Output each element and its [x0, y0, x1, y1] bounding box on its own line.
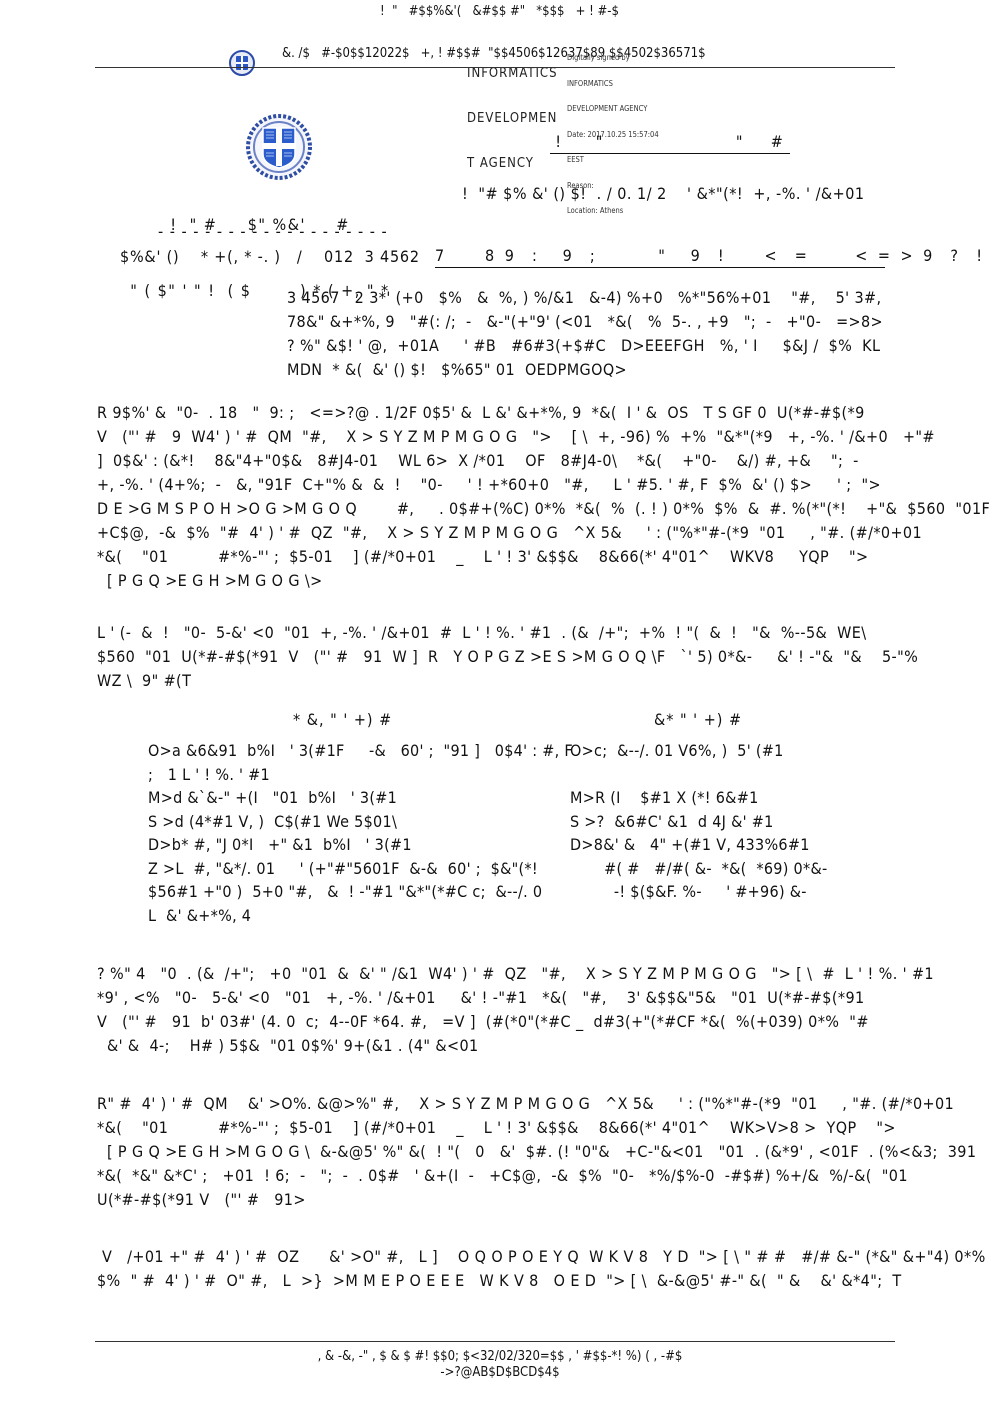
left-column-list: O>a &6&91 b%I ' 3(#1F -& 60' ; "91 ] 0$4… [148, 739, 573, 927]
list-item: M>d &`&-" +(I "01 b%I ' 3(#1 [148, 786, 573, 810]
subject-paragraph: 3 4567 2 3*' (+0 $% & %, ) %/&1 &-4) %+0… [287, 286, 883, 382]
left-column-heading: * &, " ' +) # [293, 710, 392, 729]
signer-agency: INFORMATICS DEVELOPMEN T AGENCY [467, 36, 558, 186]
right-column-list: O>c; &--/. 01 V6%, ) 5' (#1 M>R (I $#1 X… [570, 739, 828, 904]
header-line-1: ! " #$$%&'( &#$$ #" *$$$ + ! #-$ [380, 4, 619, 19]
list-item: -! $($&F. %- ' #+96) &- [570, 880, 828, 904]
list-item: S >d (4*#1 V, ) C$(#1 We 5$01\ [148, 810, 573, 834]
list-item: Z >L #, "&*/. 01 ' (+"#"5601F &-& 60' ; … [148, 857, 573, 881]
body-paragraph: R" # 4' ) ' # QM &' >O%. &@>%" #, X > S … [97, 1092, 976, 1212]
header-emblem-icon [220, 31, 246, 57]
footer-divider [95, 1341, 895, 1342]
list-item: L &' &+*%, 4 [148, 904, 573, 928]
list-item: M>R (I $#1 X (*! 6&#1 [570, 786, 828, 810]
body-paragraph: V /+01 +" # 4' ) ' # OZ &' >O" #, L ] O … [97, 1245, 986, 1293]
body-paragraph: R 9$%' & "0- . 18 " 9: ; <=>?@ . 1/2F 0$… [97, 401, 990, 593]
body-paragraph: L ' (- & ! "0- 5-&' <0 "01 +, -%. ' /&+0… [97, 621, 918, 693]
list-item: O>c; &--/. 01 V6%, ) 5' (#1 [570, 739, 828, 763]
list-item: #( # #/#( &- *&( *69) 0*&- [570, 857, 828, 881]
list-item: S >? &6#C' &1 d 4J &' #1 [570, 810, 828, 834]
list-item: ; 1 L ' ! %. ' #1 [148, 763, 573, 787]
body-paragraph: ? %" 4 "0 . (& /+"; +0 "01 & &' " /&1 W4… [97, 962, 934, 1058]
list-item: $56#1 +"0 ) 5+0 "#, & ! -"#1 "&*"(*#C c;… [148, 880, 573, 904]
issuer-separator: - - - - - - - - - - - - - - - - - - - - [158, 222, 388, 241]
protocol-number: $%&' () * +(, * -. ) / 012 3 4562 [120, 247, 420, 266]
list-item: O>a &6&91 b%I ' 3(#1F -& 60' ; "91 ] 0$4… [148, 739, 573, 763]
header-divider [95, 67, 895, 68]
right-column-heading: &* " ' +) # [654, 710, 742, 729]
footer: , & -&, -" , $ & $ #! $$0; $<32/02/320=$… [0, 1349, 1000, 1381]
document-title: ! " " # [550, 132, 790, 154]
list-item: D>b* #, "J 0*I +" &1 b%I ' 3(#1 [148, 833, 573, 857]
document-reference: 7 8 9 : 9 ; " 9 ! < = < = > 9 ? ! [435, 246, 885, 268]
coat-of-arms-icon [237, 95, 303, 161]
document-subtitle: ! "# $% &' () $! . / 0. 1/ 2 ' &*"(*! +,… [462, 184, 865, 203]
list-item [570, 763, 828, 787]
list-item: D>8&' & 4" +(#1 V, 433%6#1 [570, 833, 828, 857]
